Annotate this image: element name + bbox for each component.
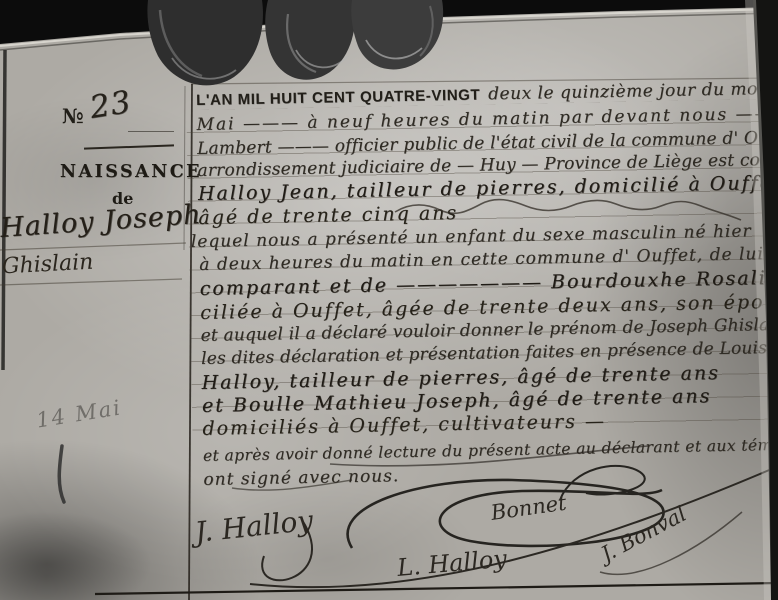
birth-register-photo: № 23 NAISSANCE de Halloy Joseph Ghislain… [0,0,778,600]
fingernail-2 [296,50,348,67]
act-line: âgé de trente cinq ans [198,204,458,228]
fingertip-2 [265,0,355,80]
record-type-heading: NAISSANCE [60,162,202,182]
page-top-edge-highlight [0,9,778,46]
closing-formula-line2: ont signé avec nous. [203,468,399,489]
child-name-margin-line1: Halloy Joseph [0,199,202,244]
child-name-margin-line2: Ghislain [1,250,94,280]
act-line: domiciliés à Ouffet, cultivateurs — [202,412,606,439]
act-number-label: № [62,104,84,128]
margin-pen-stroke [59,446,64,502]
marginal-date-note: 14 Mai [35,395,124,432]
fingertip-3 [351,0,443,69]
act-number-fill-line [128,131,174,132]
fingers-holding-page [147,0,443,85]
act-number-underline [84,144,174,149]
bottom-rule [95,583,778,594]
scan-background-top [0,0,778,44]
fingertip-1 [147,0,263,85]
left-edge-rule [3,50,5,370]
act-number-value: 23 [88,87,134,124]
fingernail-3 [366,40,422,58]
act-text-column: L'AN MIL HUIT CENT QUATRE-VINGTdeux le q… [196,81,778,572]
closing-formula-line1: et après avoir donné lecture du présent … [203,437,778,465]
fingernail-1 [172,58,236,79]
